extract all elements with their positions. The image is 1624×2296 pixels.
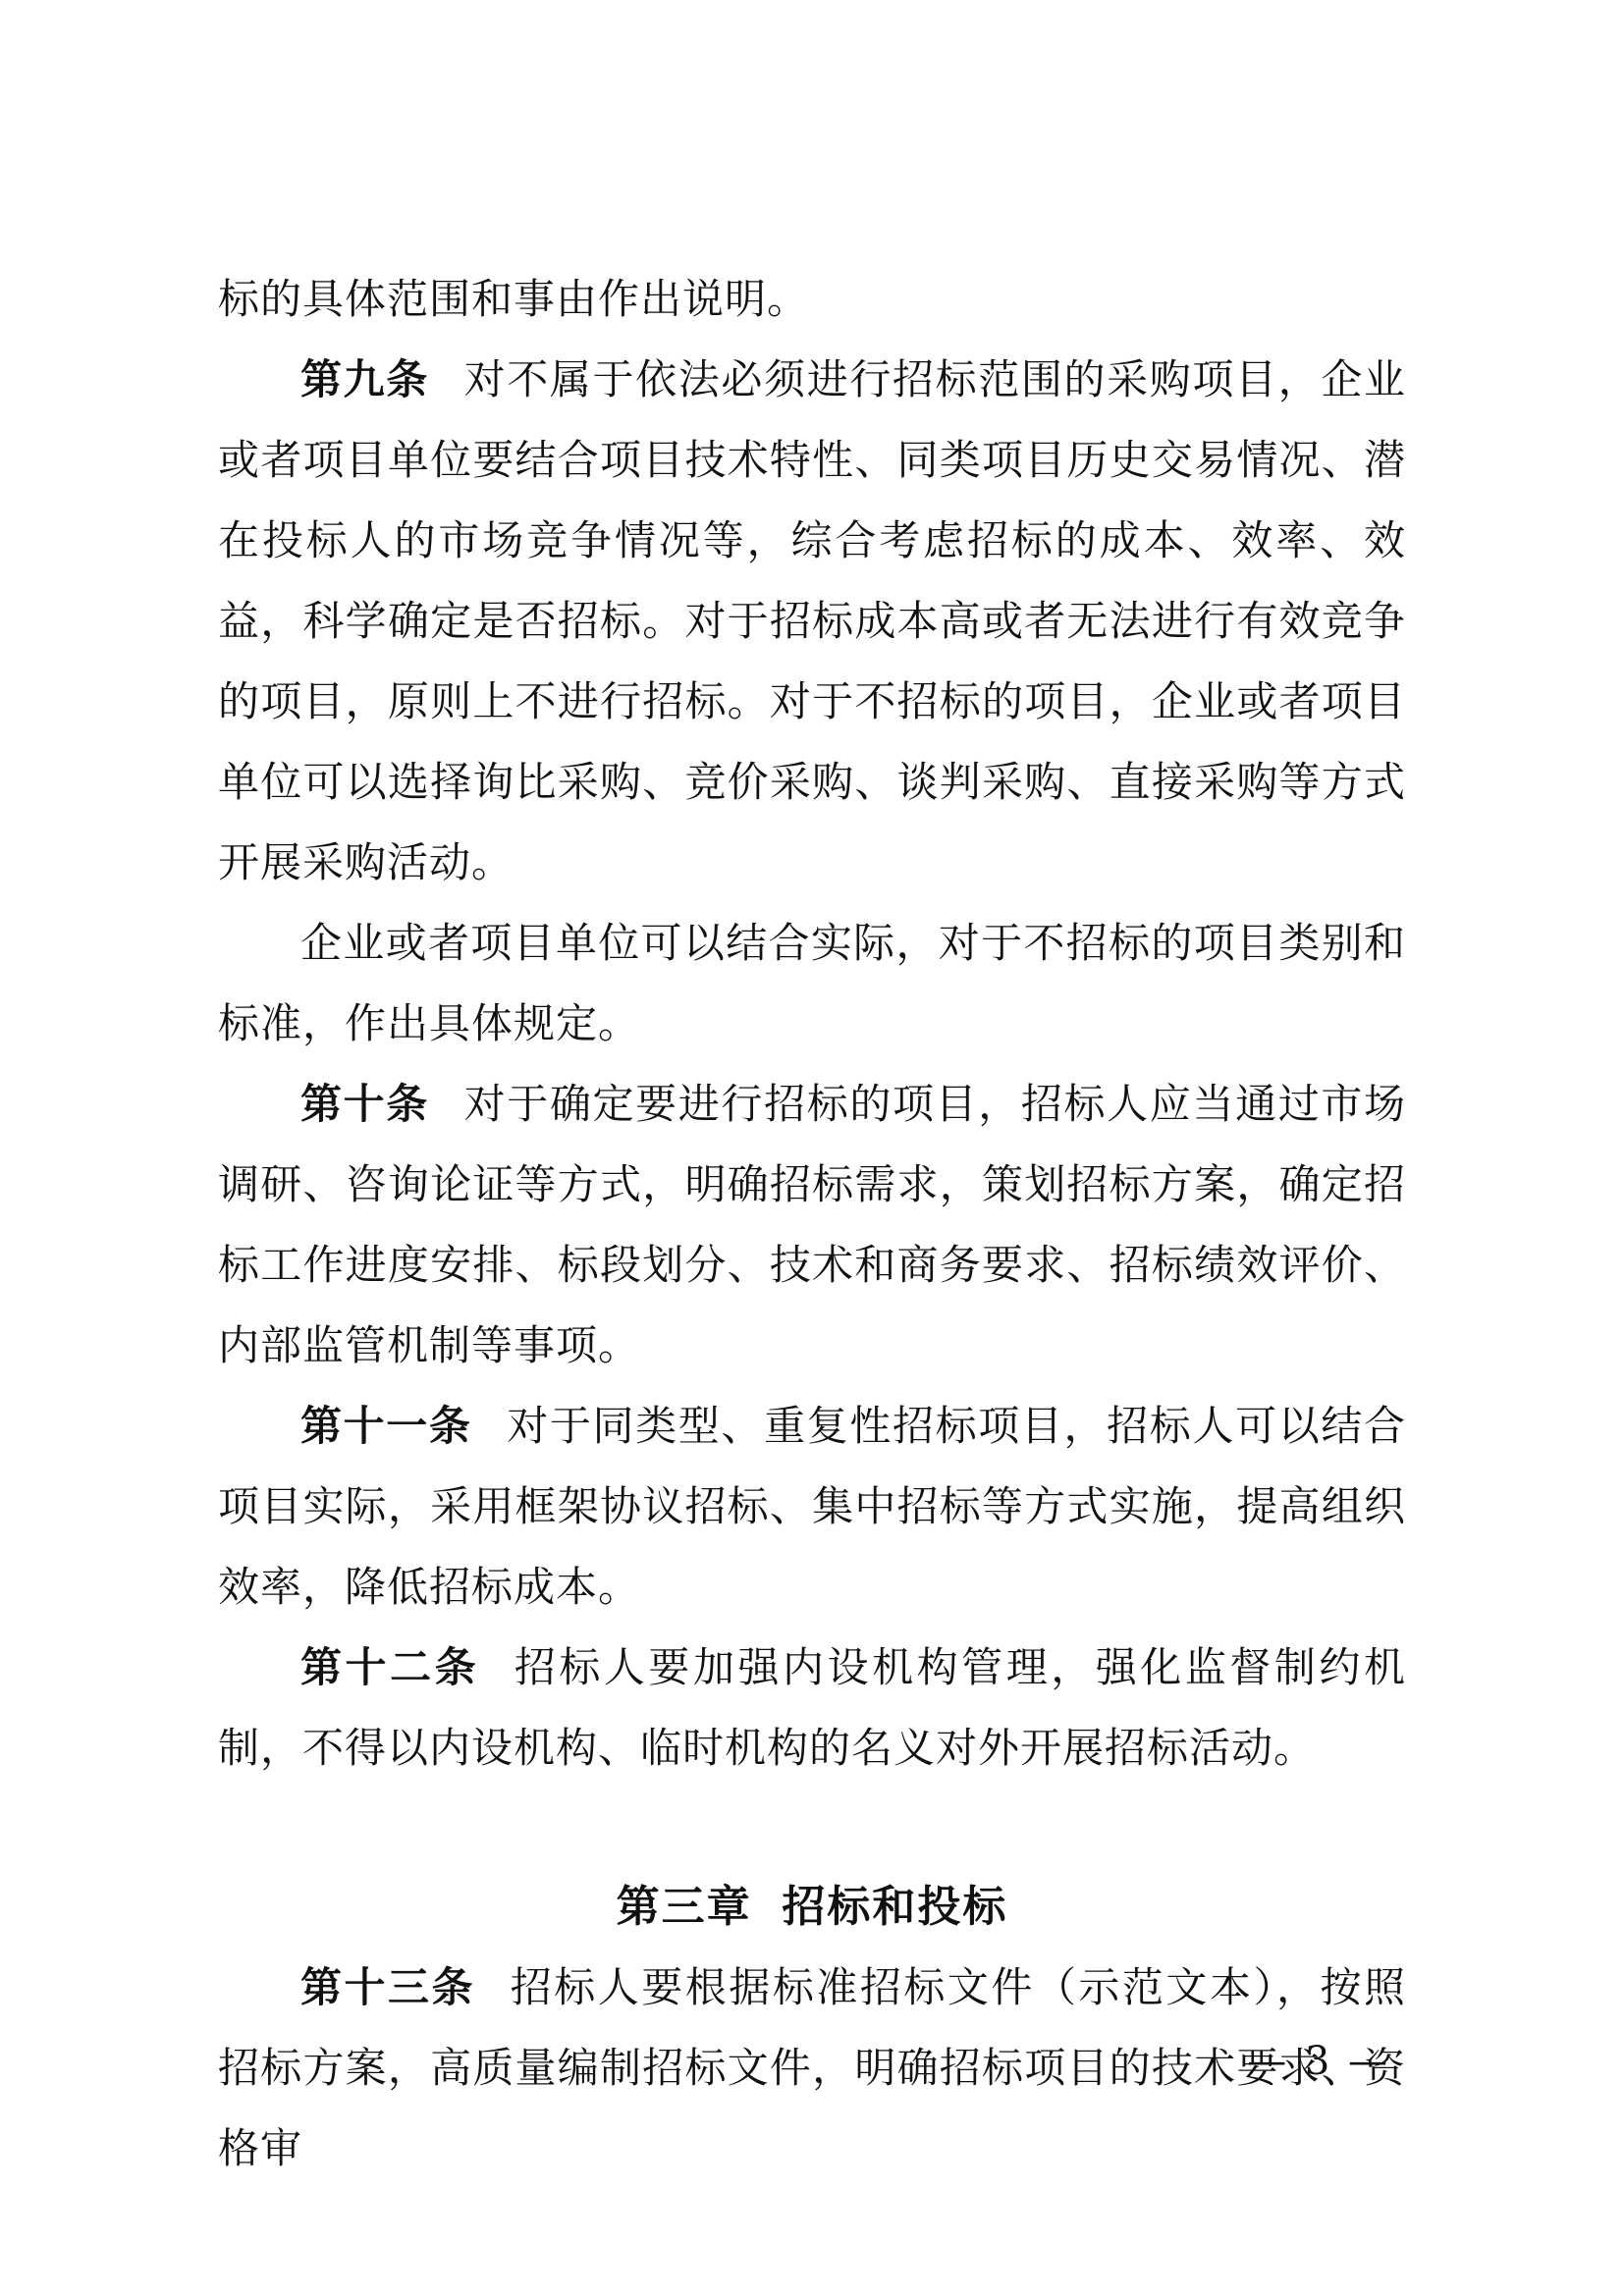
article-10-label: 第十条: [300, 1080, 429, 1128]
article-13-paragraph: 第十三条招标人要根据标准招标文件（示范文本），按照招标方案，高质量编制招标文件，…: [218, 1948, 1406, 2189]
document-content: 标的具体范围和事由作出说明。 第九条对不属于依法必须进行招标范围的采购项目，企业…: [218, 259, 1406, 2189]
page-number: — 3 —: [1247, 2038, 1390, 2085]
paragraph-supplement: 企业或者项目单位可以结合实际，对于不招标的项目类别和标准，作出具体规定。: [218, 903, 1406, 1064]
article-13-label: 第十三条: [300, 1963, 475, 2011]
article-12-paragraph: 第十二条招标人要加强内设机构管理，强化监督制约机制，不得以内设机构、临时机构的名…: [218, 1628, 1406, 1789]
article-9-paragraph: 第九条对不属于依法必须进行招标范围的采购项目，企业或者项目单位要结合项目技术特性…: [218, 340, 1406, 903]
document-page: 标的具体范围和事由作出说明。 第九条对不属于依法必须进行招标范围的采购项目，企业…: [0, 0, 1624, 2296]
chapter-heading: 第三章招标和投标: [218, 1867, 1406, 1948]
chapter-number: 第三章: [617, 1882, 752, 1932]
article-11-label: 第十一条: [300, 1402, 472, 1450]
paragraph-carryover: 标的具体范围和事由作出说明。: [218, 259, 1406, 340]
article-12-label: 第十二条: [300, 1643, 479, 1691]
article-9-text: 对不属于依法必须进行招标范围的采购项目，企业或者项目单位要结合项目技术特性、同类…: [218, 355, 1406, 886]
chapter-title: 招标和投标: [782, 1882, 1007, 1932]
article-9-label: 第九条: [300, 355, 429, 403]
article-11-paragraph: 第十一条对于同类型、重复性招标项目，招标人可以结合项目实际，采用框架协议招标、集…: [218, 1386, 1406, 1628]
article-10-paragraph: 第十条对于确定要进行招标的项目，招标人应当通过市场调研、咨询论证等方式，明确招标…: [218, 1064, 1406, 1386]
